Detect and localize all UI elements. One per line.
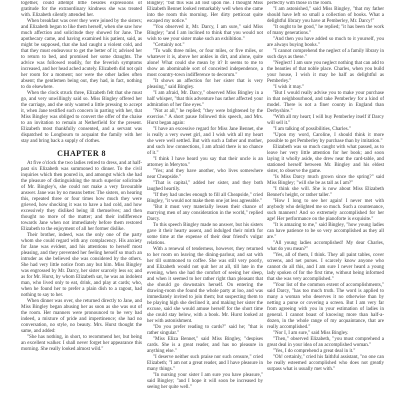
text-column-right: perfectly with those in the room."I am a… xyxy=(267,1,384,400)
paragraph: Their brother, indeed, was the only one … xyxy=(21,233,142,299)
paragraph: "I think I have heard you say that their… xyxy=(147,157,263,169)
paragraph: "In nursing your sister I am sure you ha… xyxy=(147,373,263,391)
paragraph: "If they had uncles enough to fill all C… xyxy=(147,193,263,205)
paragraph: At five o'clock the two ladies retired t… xyxy=(21,161,142,233)
paragraph: "It ought to be good," he replied; "it h… xyxy=(267,25,384,37)
chapter-heading: CHAPTER 8 xyxy=(21,149,142,158)
text-column-middle: Bingley; "but this was all lost upon me.… xyxy=(147,1,263,400)
book-page: together, could attempt little besides e… xyxy=(0,0,400,400)
paragraph: When dinner was over, she returned direc… xyxy=(21,299,142,335)
paragraph: With a renewal of tenderness, however, t… xyxy=(147,247,263,325)
paragraph: "I am astonished," said Miss Bingley, "t… xyxy=(267,7,384,25)
paragraph: "I cannot comprehend the neglect of a fa… xyxy=(267,49,384,61)
paragraph: "Miss Eliza Bennet," said Miss Bingley, … xyxy=(147,337,263,355)
paragraph: "I have an excessive regard for Miss Jan… xyxy=(147,127,263,157)
paragraph: "I am afraid, Mr. Darcy," observed Miss … xyxy=(147,91,263,109)
paragraph: When the clock struck three, Elizabeth f… xyxy=(21,91,142,145)
paragraph: "Is Miss Darcy much grown since the spri… xyxy=(267,175,384,187)
paragraph: "To walk three miles, or four miles, or … xyxy=(147,49,263,79)
paragraph: "With all my heart; I will buy Pemberley… xyxy=(267,115,384,127)
paragraph: together, could attempt little besides e… xyxy=(21,1,142,19)
paragraph: "Your list of the common extent of accom… xyxy=(267,283,384,331)
paragraph: "You observed it, Mr. Darcy, I am sure,"… xyxy=(147,25,263,43)
paragraph: "Do you prefer reading to cards?" said h… xyxy=(147,325,263,337)
paragraph: "All young ladies accomplished! My dear … xyxy=(267,241,384,253)
paragraph: "Upon my word, Caroline, I should think … xyxy=(267,133,384,145)
paragraph: When breakfast was over they were joined… xyxy=(21,19,142,91)
column-left-lower-paragraphs: At five o'clock the two ladies retired t… xyxy=(21,161,142,353)
paragraph: "But it must very materially lessen thei… xyxy=(147,205,263,223)
paragraph: "It shows an affection for her sister th… xyxy=(147,79,263,91)
paragraph: "And then you have added so much to it y… xyxy=(267,37,384,49)
paragraph: "Oh! certainly," cried his faithful assi… xyxy=(267,355,384,373)
paragraph: "She has nothing, in short, to recommend… xyxy=(21,335,142,353)
paragraph: "Yes; and they have another, who lives s… xyxy=(147,169,263,181)
column-left-upper-paragraphs: together, could attempt little besides e… xyxy=(21,1,142,145)
paragraph: Elizabeth was so much caught with what p… xyxy=(267,145,384,175)
paragraph: To this speech Bingley made no answer, b… xyxy=(147,223,263,247)
paragraph: "Yes, all of them, I think. They all pai… xyxy=(267,253,384,283)
paragraph: "I think she will. She is now about Miss… xyxy=(267,187,384,199)
paragraph: "Then," observed Elizabeth, "you must co… xyxy=(267,337,384,349)
paragraph: "It is amazing to me," said Bingley, "ho… xyxy=(267,223,384,241)
paragraph: Bingley; "but this was all lost upon me.… xyxy=(147,1,263,25)
paragraph: "Neglect! I am sure you neglect nothing … xyxy=(267,61,384,85)
paragraph: "I deserve neither such praise nor such … xyxy=(147,355,263,373)
text-column-left: together, could attempt little besides e… xyxy=(21,1,142,400)
paragraph: "That is capital," added her sister, and… xyxy=(147,181,263,193)
paragraph: "How I long to see her again! I never me… xyxy=(267,199,384,223)
paragraph: "Not at all," he replied; "they were bri… xyxy=(147,109,263,127)
paragraph: "But I would really advise you to make y… xyxy=(267,91,384,115)
